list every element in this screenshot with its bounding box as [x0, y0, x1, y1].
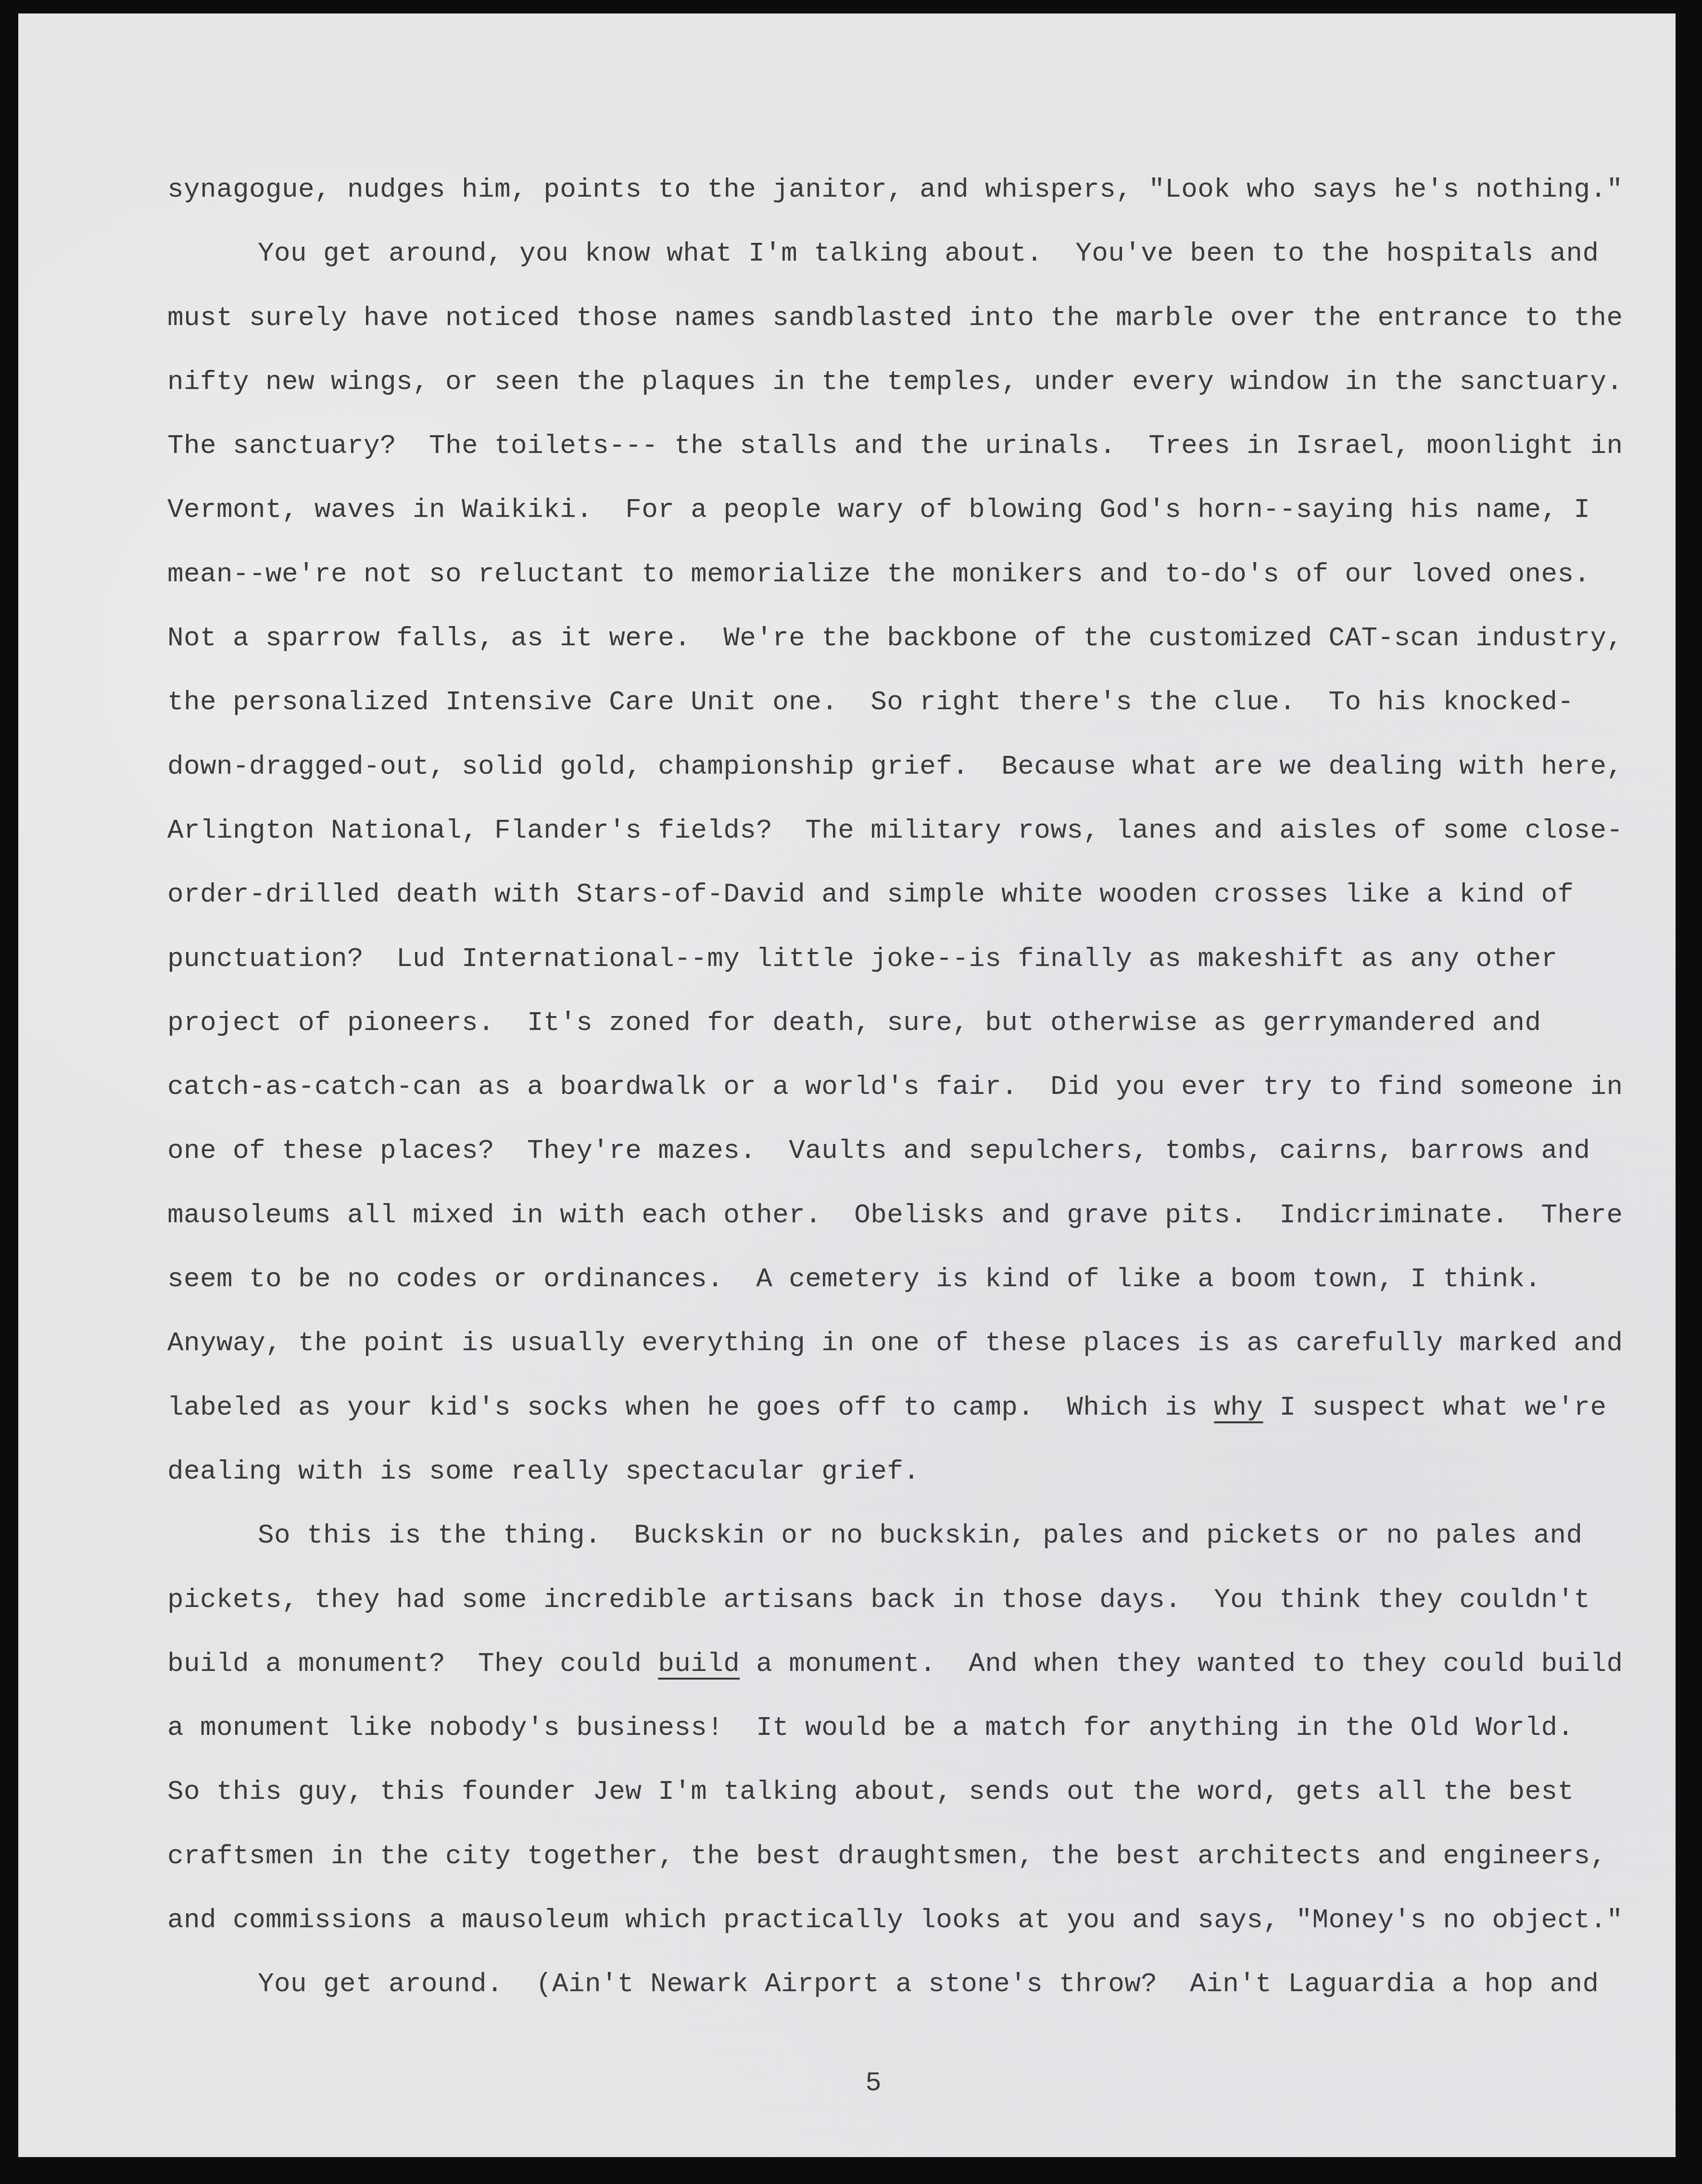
text-segment: nifty new wings, or seen the plaques in …	[167, 366, 1623, 397]
text-line: and commissions a mausoleum which practi…	[167, 1888, 1639, 1952]
text-segment: down-dragged-out, solid gold, championsh…	[167, 751, 1623, 782]
text-segment: mean--we're not so reluctant to memorial…	[167, 559, 1590, 590]
text-line: You get around, you know what I'm talkin…	[167, 222, 1639, 286]
text-segment: punctuation? Lud International--my littl…	[167, 943, 1557, 974]
text-segment: The sanctuary? The toilets--- the stalls…	[167, 430, 1623, 461]
underlined-word: why	[1214, 1392, 1263, 1423]
text-line: Arlington National, Flander's fields? Th…	[167, 799, 1639, 863]
document-page: synagogue, nudges him, points to the jan…	[18, 13, 1676, 2157]
text-line: the personalized Intensive Care Unit one…	[167, 670, 1639, 734]
text-line: You get around. (Ain't Newark Airport a …	[167, 1952, 1639, 2016]
manuscript-body: synagogue, nudges him, points to the jan…	[167, 158, 1639, 2017]
underlined-word: build	[658, 1648, 740, 1679]
text-segment: Anyway, the point is usually everything …	[167, 1328, 1623, 1358]
text-line: mean--we're not so reluctant to memorial…	[167, 542, 1639, 606]
text-line: seem to be no codes or ordinances. A cem…	[167, 1247, 1639, 1311]
text-line: nifty new wings, or seen the plaques in …	[167, 350, 1639, 414]
text-segment: and commissions a mausoleum which practi…	[167, 1905, 1623, 1935]
text-line: The sanctuary? The toilets--- the stalls…	[167, 414, 1639, 478]
text-line: synagogue, nudges him, points to the jan…	[167, 158, 1639, 222]
text-segment: project of pioneers. It's zoned for deat…	[167, 1007, 1541, 1038]
text-segment: Arlington National, Flander's fields? Th…	[167, 815, 1623, 846]
text-segment: seem to be no codes or ordinances. A cem…	[167, 1264, 1541, 1294]
text-segment: one of these places? They're mazes. Vaul…	[167, 1135, 1590, 1166]
text-segment: labeled as your kid's socks when he goes…	[167, 1392, 1214, 1423]
text-segment: build a monument? They could	[167, 1648, 658, 1679]
text-line: must surely have noticed those names san…	[167, 286, 1639, 350]
text-line: Not a sparrow falls, as it were. We're t…	[167, 606, 1639, 670]
text-segment: I suspect what we're	[1263, 1392, 1606, 1423]
text-line: labeled as your kid's socks when he goes…	[167, 1376, 1639, 1440]
text-segment: catch-as-catch-can as a boardwalk or a w…	[167, 1071, 1623, 1102]
text-segment: pickets, they had some incredible artisa…	[167, 1584, 1590, 1615]
text-line: project of pioneers. It's zoned for deat…	[167, 991, 1639, 1055]
text-line: one of these places? They're mazes. Vaul…	[167, 1119, 1639, 1183]
text-segment: Vermont, waves in Waikiki. For a people …	[167, 494, 1590, 525]
text-line: So this is the thing. Buckskin or no buc…	[167, 1504, 1639, 1568]
text-segment: a monument like nobody's business! It wo…	[167, 1712, 1574, 1743]
text-segment: So this guy, this founder Jew I'm talkin…	[167, 1776, 1574, 1807]
text-line: order-drilled death with Stars-of-David …	[167, 863, 1639, 927]
text-segment: dealing with is some really spectacular …	[167, 1456, 920, 1487]
text-line: punctuation? Lud International--my littl…	[167, 927, 1639, 991]
text-segment: You get around. (Ain't Newark Airport a …	[258, 1969, 1599, 1999]
text-segment: must surely have noticed those names san…	[167, 302, 1623, 333]
text-line: dealing with is some really spectacular …	[167, 1440, 1639, 1504]
text-line: pickets, they had some incredible artisa…	[167, 1568, 1639, 1632]
text-line: So this guy, this founder Jew I'm talkin…	[167, 1760, 1639, 1824]
text-line: down-dragged-out, solid gold, championsh…	[167, 735, 1639, 799]
text-segment: mausoleums all mixed in with each other.…	[167, 1200, 1623, 1230]
text-segment: So this is the thing. Buckskin or no buc…	[258, 1520, 1582, 1551]
text-segment: Not a sparrow falls, as it were. We're t…	[167, 623, 1623, 653]
text-segment: synagogue, nudges him, points to the jan…	[167, 174, 1623, 205]
text-line: a monument like nobody's business! It wo…	[167, 1696, 1639, 1760]
text-line: mausoleums all mixed in with each other.…	[167, 1183, 1639, 1247]
text-line: build a monument? They could build a mon…	[167, 1632, 1639, 1696]
text-segment: You get around, you know what I'm talkin…	[258, 238, 1599, 269]
text-segment: order-drilled death with Stars-of-David …	[167, 879, 1574, 910]
text-line: craftsmen in the city together, the best…	[167, 1824, 1639, 1888]
text-segment: craftsmen in the city together, the best…	[167, 1841, 1606, 1871]
page-number: 5	[18, 2068, 1676, 2098]
text-line: Vermont, waves in Waikiki. For a people …	[167, 478, 1639, 542]
text-segment: a monument. And when they wanted to they…	[740, 1648, 1623, 1679]
text-line: catch-as-catch-can as a boardwalk or a w…	[167, 1055, 1639, 1119]
text-line: Anyway, the point is usually everything …	[167, 1311, 1639, 1375]
text-segment: the personalized Intensive Care Unit one…	[167, 687, 1574, 717]
